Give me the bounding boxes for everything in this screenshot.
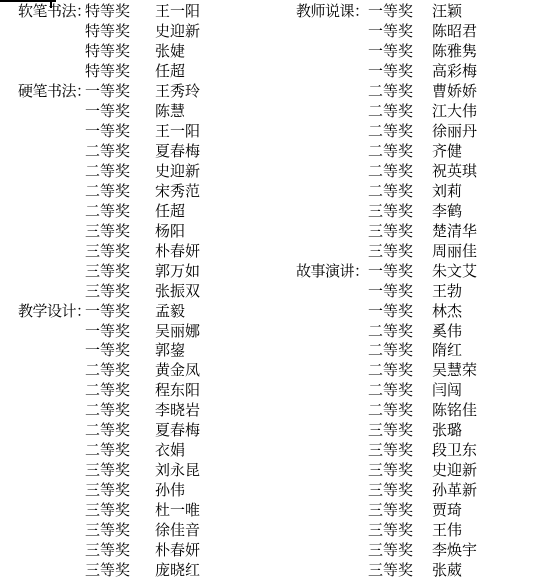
awardee-name: 楚清华 — [432, 223, 553, 243]
awardee-name: 张婕 — [155, 43, 276, 63]
category-label — [278, 382, 368, 402]
category-label — [278, 63, 368, 83]
award-level: 三等奖 — [368, 522, 432, 542]
award-level: 一等奖 — [368, 23, 432, 43]
award-level: 二等奖 — [85, 422, 155, 442]
awardee-name: 陈铭佳 — [432, 402, 553, 422]
category-label: 硬笔书法： — [0, 83, 85, 103]
award-row: 一等奖林杰 — [278, 303, 553, 323]
category-label — [0, 442, 85, 462]
award-level: 一等奖 — [368, 63, 432, 83]
award-level: 三等奖 — [368, 422, 432, 442]
award-level: 三等奖 — [368, 562, 432, 579]
category-label — [0, 382, 85, 402]
awardee-name: 郭鋆 — [155, 342, 276, 362]
awardee-name: 李焕宇 — [432, 542, 553, 562]
awardee-name: 闫闯 — [432, 382, 553, 402]
category-label — [0, 362, 85, 382]
award-row: 二等奖夏春梅 — [0, 422, 276, 442]
award-level: 三等奖 — [85, 223, 155, 243]
awardee-name: 李晓岩 — [155, 402, 276, 422]
award-level: 特等奖 — [85, 43, 155, 63]
category-label — [0, 482, 85, 502]
awardee-name: 黄金凤 — [155, 362, 276, 382]
award-row: 教师说课：一等奖汪颖 — [278, 3, 553, 23]
award-level: 一等奖 — [85, 342, 155, 362]
award-row: 二等奖宋秀范 — [0, 183, 276, 203]
award-level: 三等奖 — [368, 442, 432, 462]
awardee-name: 孙革新 — [432, 482, 553, 502]
award-level: 一等奖 — [368, 303, 432, 323]
award-row: 三等奖徐佳音 — [0, 522, 276, 542]
award-row: 特等奖张婕 — [0, 43, 276, 63]
category-label — [278, 462, 368, 482]
award-level: 二等奖 — [368, 362, 432, 382]
award-row: 一等奖郭鋆 — [0, 342, 276, 362]
category-label — [0, 422, 85, 442]
award-row: 二等奖刘莉 — [278, 183, 553, 203]
award-row: 三等奖段卫东 — [278, 442, 553, 462]
award-level: 二等奖 — [368, 382, 432, 402]
award-level: 二等奖 — [368, 103, 432, 123]
award-row: 一等奖王一阳 — [0, 123, 276, 143]
award-level: 三等奖 — [85, 462, 155, 482]
category-label — [0, 143, 85, 163]
awardee-name: 史迎新 — [432, 462, 553, 482]
award-level: 二等奖 — [368, 402, 432, 422]
award-level: 特等奖 — [85, 23, 155, 43]
award-row: 一等奖吴丽娜 — [0, 323, 276, 343]
award-row: 三等奖张璐 — [278, 422, 553, 442]
awardee-name: 王秀玲 — [155, 83, 276, 103]
award-level: 一等奖 — [368, 43, 432, 63]
awardee-name: 隋红 — [432, 342, 553, 362]
category-label — [0, 263, 85, 283]
category-label — [0, 163, 85, 183]
awardee-name: 周丽佳 — [432, 243, 553, 263]
award-level: 一等奖 — [85, 123, 155, 143]
category-label — [278, 482, 368, 502]
award-row: 教学设计：一等奖孟毅 — [0, 303, 276, 323]
award-level: 一等奖 — [368, 283, 432, 303]
award-row: 二等奖任超 — [0, 203, 276, 223]
awardee-name: 任超 — [155, 63, 276, 83]
category-label — [0, 223, 85, 243]
award-row: 二等奖衣娟 — [0, 442, 276, 462]
awardee-name: 张葳 — [432, 562, 553, 579]
category-label — [278, 23, 368, 43]
category-label — [278, 143, 368, 163]
awardee-name: 王一阳 — [155, 3, 276, 23]
category-label — [278, 43, 368, 63]
award-row: 三等奖刘永昆 — [0, 462, 276, 482]
awardee-name: 史迎新 — [155, 23, 276, 43]
category-label — [278, 243, 368, 263]
awardee-name: 夏春梅 — [155, 143, 276, 163]
awardee-name: 汪颖 — [432, 3, 553, 23]
award-row: 一等奖王勃 — [278, 283, 553, 303]
category-label — [278, 362, 368, 382]
award-row: 三等奖史迎新 — [278, 462, 553, 482]
award-row: 硬笔书法：一等奖王秀玲 — [0, 83, 276, 103]
category-label — [278, 402, 368, 422]
awardee-name: 林杰 — [432, 303, 553, 323]
awardee-name: 张璐 — [432, 422, 553, 442]
award-level: 三等奖 — [368, 462, 432, 482]
awardee-name: 张振双 — [155, 283, 276, 303]
awardee-name: 史迎新 — [155, 163, 276, 183]
awardee-name: 王勃 — [432, 283, 553, 303]
award-level: 二等奖 — [368, 83, 432, 103]
category-label — [278, 502, 368, 522]
category-label — [0, 522, 85, 542]
award-level: 三等奖 — [85, 542, 155, 562]
award-level: 三等奖 — [85, 562, 155, 579]
award-level: 特等奖 — [85, 63, 155, 83]
category-label — [0, 542, 85, 562]
category-label — [278, 223, 368, 243]
award-level: 一等奖 — [368, 3, 432, 23]
award-row: 二等奖奚伟 — [278, 323, 553, 343]
award-level: 二等奖 — [85, 163, 155, 183]
category-label — [278, 562, 368, 579]
award-row: 软笔书法：特等奖王一阳 — [0, 3, 276, 23]
category-label — [0, 342, 85, 362]
award-row: 三等奖王伟 — [278, 522, 553, 542]
awardee-name: 刘永昆 — [155, 462, 276, 482]
award-row: 一等奖陈昭君 — [278, 23, 553, 43]
award-level: 二等奖 — [368, 143, 432, 163]
awardee-name: 江大伟 — [432, 103, 553, 123]
award-level: 三等奖 — [368, 542, 432, 562]
column-left: 软笔书法：特等奖王一阳特等奖史迎新特等奖张婕特等奖任超硬笔书法：一等奖王秀玲一等… — [0, 3, 276, 579]
award-level: 二等奖 — [368, 163, 432, 183]
awardee-name: 贾琦 — [432, 502, 553, 522]
awardee-name: 陈昭君 — [432, 23, 553, 43]
category-label — [278, 522, 368, 542]
award-row: 三等奖郭万如 — [0, 263, 276, 283]
award-level: 二等奖 — [85, 143, 155, 163]
award-level: 二等奖 — [368, 323, 432, 343]
category-label — [278, 342, 368, 362]
award-row: 故事演讲：一等奖朱文艾 — [278, 263, 553, 283]
category-label — [0, 283, 85, 303]
category-label — [278, 283, 368, 303]
award-row: 三等奖李焕宇 — [278, 542, 553, 562]
category-label — [0, 562, 85, 579]
award-row: 二等奖齐健 — [278, 143, 553, 163]
category-label — [278, 542, 368, 562]
award-row: 二等奖江大伟 — [278, 103, 553, 123]
award-level: 二等奖 — [85, 442, 155, 462]
award-row: 二等奖程东阳 — [0, 382, 276, 402]
category-label — [0, 43, 85, 63]
awardee-name: 高彩梅 — [432, 63, 553, 83]
category-label — [0, 402, 85, 422]
award-row: 三等奖朴春妍 — [0, 243, 276, 263]
award-level: 一等奖 — [85, 83, 155, 103]
column-right: 教师说课：一等奖汪颖一等奖陈昭君一等奖陈雅隽一等奖高彩梅二等奖曹娇娇二等奖江大伟… — [278, 3, 553, 579]
award-row: 三等奖李鹤 — [278, 203, 553, 223]
award-level: 三等奖 — [368, 502, 432, 522]
awardee-name: 朱文艾 — [432, 263, 553, 283]
award-row: 三等奖张葳 — [278, 562, 553, 579]
award-row: 三等奖杨阳 — [0, 223, 276, 243]
category-label — [0, 103, 85, 123]
award-level: 三等奖 — [368, 203, 432, 223]
award-row: 二等奖曹娇娇 — [278, 83, 553, 103]
awardee-name: 王伟 — [432, 522, 553, 542]
award-level: 二等奖 — [85, 402, 155, 422]
category-label — [0, 462, 85, 482]
category-label — [278, 303, 368, 323]
award-level: 一等奖 — [85, 103, 155, 123]
award-level: 一等奖 — [85, 323, 155, 343]
awardee-name: 奚伟 — [432, 323, 553, 343]
award-level: 三等奖 — [85, 522, 155, 542]
awardee-name: 李鹤 — [432, 203, 553, 223]
category-label: 教学设计： — [0, 303, 85, 323]
awardee-name: 吴慧荣 — [432, 362, 553, 382]
document-page[interactable]: 软笔书法：特等奖王一阳特等奖史迎新特等奖张婕特等奖任超硬笔书法：一等奖王秀玲一等… — [0, 0, 553, 579]
award-level: 二等奖 — [368, 342, 432, 362]
award-level: 三等奖 — [368, 243, 432, 263]
award-row: 二等奖祝英琪 — [278, 163, 553, 183]
award-level: 三等奖 — [85, 283, 155, 303]
awardee-name: 程东阳 — [155, 382, 276, 402]
category-label — [0, 183, 85, 203]
award-row: 二等奖徐丽丹 — [278, 123, 553, 143]
award-row: 三等奖孙伟 — [0, 482, 276, 502]
award-level: 一等奖 — [85, 303, 155, 323]
awardee-name: 祝英琪 — [432, 163, 553, 183]
award-row: 二等奖闫闯 — [278, 382, 553, 402]
category-label — [278, 422, 368, 442]
awardee-name: 杜一唯 — [155, 502, 276, 522]
award-level: 二等奖 — [85, 203, 155, 223]
awardee-name: 杨阳 — [155, 223, 276, 243]
awardee-name: 夏春梅 — [155, 422, 276, 442]
award-row: 二等奖李晓岩 — [0, 402, 276, 422]
award-row: 二等奖陈铭佳 — [278, 402, 553, 422]
award-level: 三等奖 — [85, 243, 155, 263]
award-row: 三等奖贾琦 — [278, 502, 553, 522]
category-label — [278, 103, 368, 123]
award-level: 三等奖 — [85, 482, 155, 502]
awardee-name: 齐健 — [432, 143, 553, 163]
awardee-name: 孙伟 — [155, 482, 276, 502]
category-label — [0, 243, 85, 263]
award-row: 三等奖孙革新 — [278, 482, 553, 502]
category-label — [0, 63, 85, 83]
award-row: 特等奖史迎新 — [0, 23, 276, 43]
category-label — [0, 502, 85, 522]
award-level: 一等奖 — [368, 263, 432, 283]
awardee-name: 刘莉 — [432, 183, 553, 203]
award-row: 三等奖张振双 — [0, 283, 276, 303]
awardee-name: 陈雅隽 — [432, 43, 553, 63]
award-level: 三等奖 — [85, 502, 155, 522]
awardee-name: 宋秀范 — [155, 183, 276, 203]
award-level: 特等奖 — [85, 3, 155, 23]
awardee-name: 衣娟 — [155, 442, 276, 462]
award-row: 三等奖杜一唯 — [0, 502, 276, 522]
awardee-name: 徐佳音 — [155, 522, 276, 542]
category-label — [0, 323, 85, 343]
category-label — [278, 183, 368, 203]
awardee-name: 段卫东 — [432, 442, 553, 462]
category-label — [278, 163, 368, 183]
award-row: 二等奖吴慧荣 — [278, 362, 553, 382]
awardee-name: 吴丽娜 — [155, 323, 276, 343]
award-row: 三等奖周丽佳 — [278, 243, 553, 263]
category-label — [278, 323, 368, 343]
awardee-name: 庞晓红 — [155, 562, 276, 579]
award-level: 二等奖 — [368, 123, 432, 143]
awardee-name: 徐丽丹 — [432, 123, 553, 143]
award-row: 二等奖史迎新 — [0, 163, 276, 183]
award-row: 二等奖夏春梅 — [0, 143, 276, 163]
award-row: 三等奖朴春妍 — [0, 542, 276, 562]
award-level: 二等奖 — [85, 183, 155, 203]
awardee-name: 郭万如 — [155, 263, 276, 283]
award-row: 一等奖陈雅隽 — [278, 43, 553, 63]
award-row: 特等奖任超 — [0, 63, 276, 83]
category-label — [278, 203, 368, 223]
category-label — [278, 123, 368, 143]
awardee-name: 任超 — [155, 203, 276, 223]
award-level: 二等奖 — [368, 183, 432, 203]
category-label — [278, 442, 368, 462]
table-border-fragment-horizontal — [0, 0, 56, 2]
award-row: 三等奖楚清华 — [278, 223, 553, 243]
award-row: 二等奖隋红 — [278, 342, 553, 362]
category-label — [0, 123, 85, 143]
awardee-name: 陈慧 — [155, 103, 276, 123]
category-label: 教师说课： — [278, 3, 368, 23]
award-level: 三等奖 — [85, 263, 155, 283]
category-label — [0, 203, 85, 223]
category-label: 故事演讲： — [278, 263, 368, 283]
award-row: 一等奖陈慧 — [0, 103, 276, 123]
award-level: 三等奖 — [368, 482, 432, 502]
award-row: 一等奖高彩梅 — [278, 63, 553, 83]
award-level: 三等奖 — [368, 223, 432, 243]
awardee-name: 朴春妍 — [155, 243, 276, 263]
awardee-name: 孟毅 — [155, 303, 276, 323]
awardee-name: 曹娇娇 — [432, 83, 553, 103]
awardee-name: 王一阳 — [155, 123, 276, 143]
award-level: 二等奖 — [85, 362, 155, 382]
award-row: 二等奖黄金凤 — [0, 362, 276, 382]
award-level: 二等奖 — [85, 382, 155, 402]
category-label — [0, 23, 85, 43]
category-label — [278, 83, 368, 103]
awardee-name: 朴春妍 — [155, 542, 276, 562]
category-label: 软笔书法： — [0, 3, 85, 23]
award-row: 三等奖庞晓红 — [0, 562, 276, 579]
